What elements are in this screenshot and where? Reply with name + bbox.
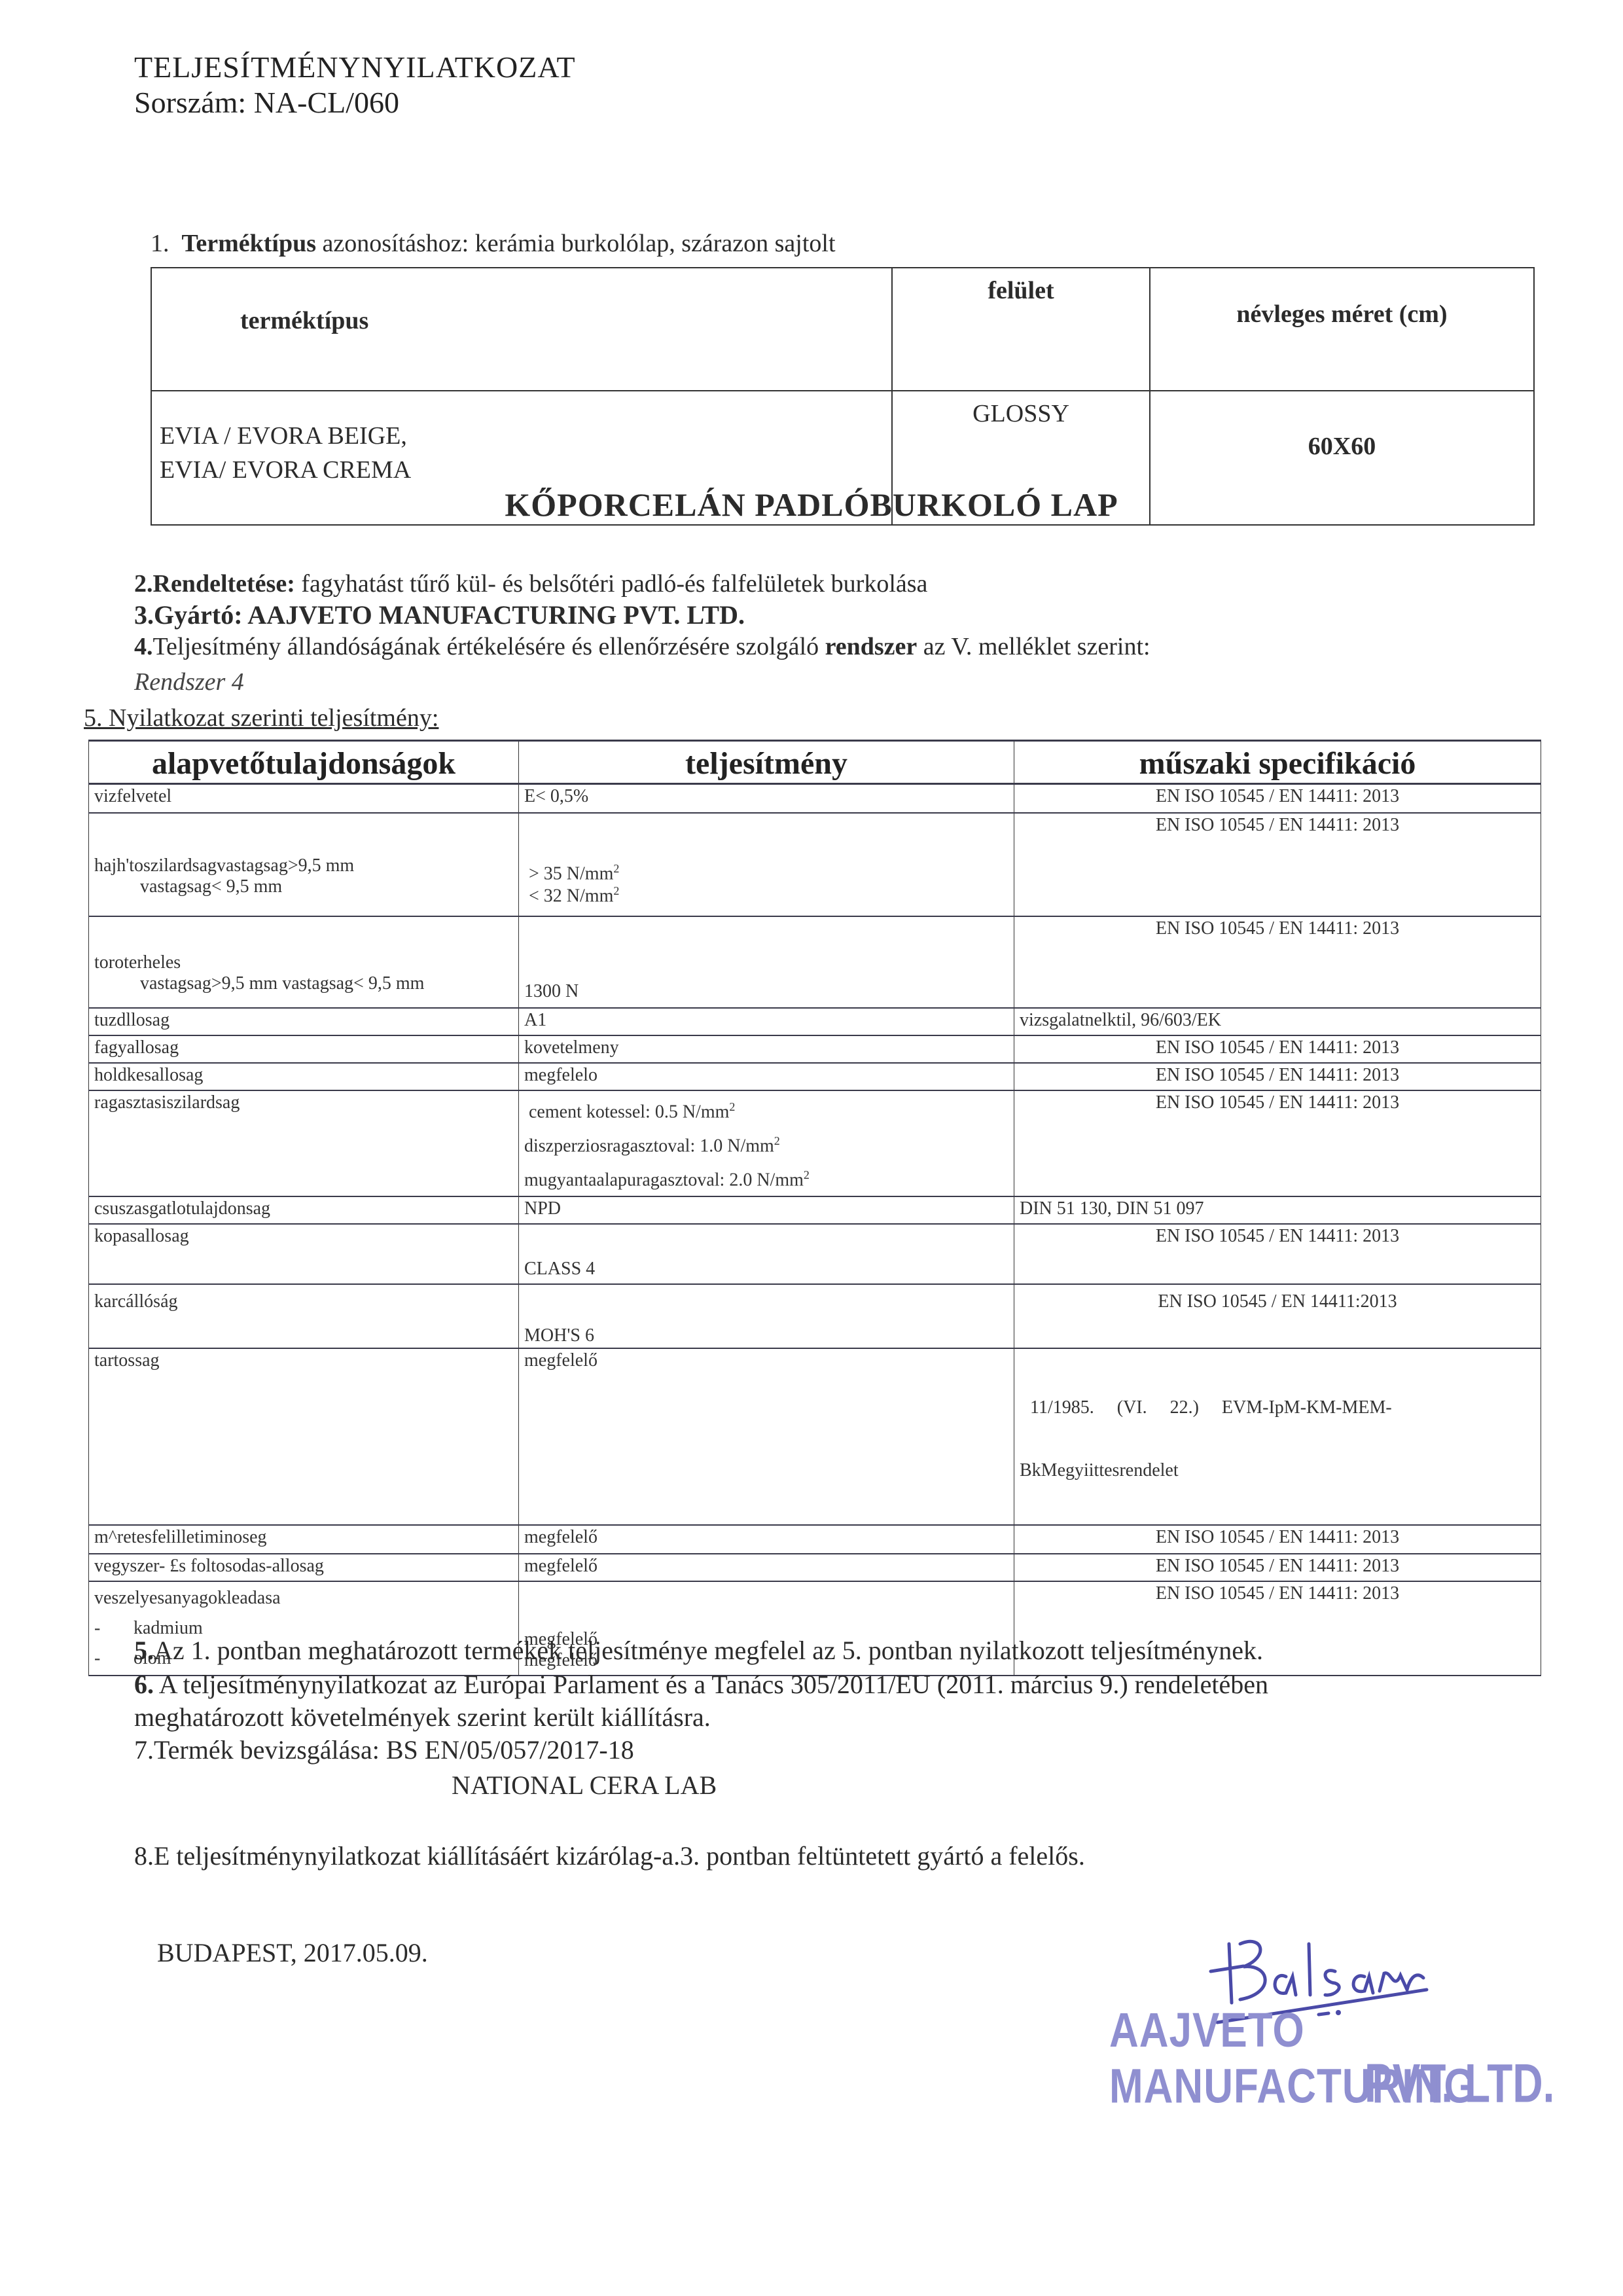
statement-7: 7.Termék bevizsgálása: BS EN/05/057/2017… [134,1734,634,1765]
performance-cell: megfelelő [519,1554,1014,1581]
performance-line: 1300 N [524,981,1008,1002]
document-title: TELJESÍTMÉNYNYILATKOZAT [134,50,576,84]
property-cell: hajh'toszilardsagvastagsag>9,5 mm vastag… [89,813,519,916]
performance-cell: megfelelo [519,1063,1014,1090]
superscript: 2 [613,862,619,875]
section-4-number: 4. [134,633,153,660]
performance-line: < 32 N/mm [529,886,613,906]
section-1-number: 1. [151,230,169,257]
section-2-label: 2.Rendeltetése: [134,570,295,598]
performance-cell: cement kotessel: 0.5 N/mm2 diszperziosra… [519,1090,1014,1197]
property-cell: tuzdllosag [89,1008,519,1035]
product-name-1: EVIA / EVORA BEIGE, [160,419,891,453]
bullet: - [94,1613,134,1643]
performance-cell: MOH'S 6 [519,1284,1014,1348]
place-and-date: BUDAPEST, 2017.05.09. [157,1937,428,1968]
spec-cell: EN ISO 10545 / EN 14411: 2013 [1014,1554,1541,1581]
spec-cell: EN ISO 10545 / EN 14411: 2013 [1014,1090,1541,1197]
table-row: tartossag megfelelő 11/1985. (VI. 22.) E… [89,1348,1541,1525]
performance-cell: CLASS 4 [519,1224,1014,1284]
spec-cell: EN ISO 10545 / EN 14411: 2013 [1014,1525,1541,1554]
spec-cell: EN ISO 10545 / EN 14411: 2013 [1014,1063,1541,1090]
section-4-text-b: az V. melléklet szerint: [917,633,1150,660]
property-cell: ragasztasiszilardsag [89,1090,519,1197]
bullet: - [94,1643,134,1674]
property-line: vastagsag>9,5 mm vastagsag< 9,5 mm [94,973,424,994]
section-2-text: fagyhatást tűrő kül- és belsőtéri padló-… [295,570,928,598]
header-technical-specification: műszaki specifikáció [1014,741,1541,784]
spec-cell: vizsgalatnelktil, 96/603/EK [1014,1008,1541,1035]
section-4-system-value: Rendszer 4 [134,668,244,696]
table-row: csuszasgatlotulajdonsag NPD DIN 51 130, … [89,1196,1541,1224]
header-nominal-size: névleges méret (cm) [1150,268,1534,391]
section-1-text: azonosításhoz: kerámia burkolólap, szára… [316,230,836,257]
table-row: kopasallosag CLASS 4 EN ISO 10545 / EN 1… [89,1224,1541,1284]
statement-5: 5.Az 1. pontban meghatározott termékek t… [134,1635,1263,1666]
statement-6-text: A teljesítménynyilatkozat az Európai Par… [154,1670,1268,1699]
property-line: veszelyesanyagokleadasa [94,1583,513,1613]
statement-5-text: Az 1. pontban meghatározott termékek tel… [154,1636,1263,1665]
section-1-product-type: 1. Terméktípus azonosításhoz: kerámia bu… [151,229,836,258]
performance-line: diszperziosragasztoval: 1.0 N/mm [524,1136,774,1156]
property-cell: toroterheles vastagsag>9,5 mm vastagsag<… [89,916,519,1008]
property-cell: csuszasgatlotulajdonsag [89,1196,519,1224]
property-cell: kopasallosag [89,1224,519,1284]
header-essential-characteristics: alapvetőtulajdonságok [89,741,519,784]
header-product-type: terméktípus [151,268,892,391]
section-1-label: Terméktípus [182,230,317,257]
spec-cell: EN ISO 10545 / EN 14411: 2013 [1014,813,1541,916]
property-line: vastagsag< 9,5 mm [94,876,282,897]
section-4-system: 4.Teljesítmény állandóságának értékelésé… [134,632,1150,661]
property-cell: m^retesfelilletiminoseg [89,1525,519,1554]
performance-cell: 1300 N [519,916,1014,1008]
product-table-header: terméktípus felület névleges méret (cm) [151,268,1534,391]
property-cell: fagyallosag [89,1035,519,1063]
table-row: m^retesfelilletiminoseg megfelelő EN ISO… [89,1525,1541,1554]
spec-cell: 11/1985. (VI. 22.) EVM-IpM-KM-MEM- BkMeg… [1014,1348,1541,1525]
spec-cell: EN ISO 10545 / EN 14411: 2013 [1014,916,1541,1008]
table-row: vizfelvetel E< 0,5% EN ISO 10545 / EN 14… [89,784,1541,813]
superscript: 2 [729,1100,735,1113]
superscript: 2 [804,1168,810,1181]
performance-cell: megfelelő [519,1348,1014,1525]
performance-cell: > 35 N/mm2 < 32 N/mm2 [519,813,1014,916]
statement-6-number: 6. [134,1670,154,1699]
spec-cell: EN ISO 10545 / EN 14411: 2013 [1014,784,1541,813]
table-row: ragasztasiszilardsag cement kotessel: 0.… [89,1090,1541,1197]
table-row: toroterheles vastagsag>9,5 mm vastagsag<… [89,916,1541,1008]
header-surface: felület [892,268,1150,391]
section-4-text-bold: rendszer [825,633,918,660]
table-row: karcállóság MOH'S 6 EN ISO 10545 / EN 14… [89,1284,1541,1348]
header-performance: teljesítmény [519,741,1014,784]
section-3-manufacturer: 3.Gyártó: AAJVETO MANUFACTURING PVT. LTD… [134,600,745,630]
statement-5-number: 5. [134,1636,154,1665]
section-2-intended-use: 2.Rendeltetése: fagyhatást tűrő kül- és … [134,569,927,598]
property-cell: holdkesallosag [89,1063,519,1090]
table-row: vegyszer- £s foltosodas-allosag megfelel… [89,1554,1541,1581]
property-line: toroterheles [94,952,513,973]
spec-line: 11/1985. (VI. 22.) EVM-IpM-KM-MEM- [1020,1397,1535,1418]
performance-cell: E< 0,5% [519,784,1014,813]
performance-table-header: alapvetőtulajdonságok teljesítmény műsza… [89,741,1541,784]
company-stamp-line-2: PVT. LTD. [1364,2052,1554,2115]
product-name-2: EVIA/ EVORA CREMA [160,453,891,487]
superscript: 2 [613,884,619,897]
table-row: holdkesallosag megfelelo EN ISO 10545 / … [89,1063,1541,1090]
performance-line: mugyantaalapuragasztoval: 2.0 N/mm [524,1170,804,1190]
performance-cell: megfelelő [519,1525,1014,1554]
property-cell: karcállóság [89,1284,519,1348]
table-row: hajh'toszilardsagvastagsag>9,5 mm vastag… [89,813,1541,916]
statement-8: 8.E teljesítménynyilatkozat kiállításáér… [134,1840,1085,1871]
property-cell: vizfelvetel [89,784,519,813]
performance-line: cement kotessel: 0.5 N/mm [529,1102,729,1122]
document-serial-number: Sorszám: NA-CL/060 [134,85,399,120]
table-row: fagyallosag kovetelmeny EN ISO 10545 / E… [89,1035,1541,1063]
performance-line: CLASS 4 [524,1259,1008,1280]
section-5-heading: 5. Nyilatkozat szerinti teljesítmény: [84,704,438,732]
spec-cell: EN ISO 10545 / EN 14411: 2013 [1014,1035,1541,1063]
statement-6-continued: meghatározott követelmények szerint kerü… [134,1702,711,1732]
performance-line: > 35 N/mm [529,863,613,884]
performance-line: MOH'S 6 [524,1325,1008,1346]
performance-cell: NPD [519,1196,1014,1224]
statement-6: 6. A teljesítménynyilatkozat az Európai … [134,1669,1268,1700]
superscript: 2 [774,1134,780,1147]
spec-cell: DIN 51 130, DIN 51 097 [1014,1196,1541,1224]
property-cell: tartossag [89,1348,519,1525]
performance-cell: A1 [519,1008,1014,1035]
spec-line: EN ISO 10545 / EN 14411:2013 [1020,1291,1535,1312]
performance-table: alapvetőtulajdonságok teljesítmény műsza… [88,740,1541,1676]
performance-cell: kovetelmeny [519,1035,1014,1063]
spec-cell: EN ISO 10545 / EN 14411:2013 [1014,1284,1541,1348]
statement-7-lab: NATIONAL CERA LAB [452,1770,717,1801]
spec-line: BkMegyiittesrendelet [1020,1460,1535,1481]
section-4-text-a: Teljesítmény állandóságának értékelésére… [153,633,825,660]
spec-cell: EN ISO 10545 / EN 14411: 2013 [1014,1224,1541,1284]
property-line: hajh'toszilardsagvastagsag>9,5 mm [94,855,513,876]
product-category-title: KŐPORCELÁN PADLÓBURKOLÓ LAP [0,486,1623,524]
table-row: tuzdllosag A1 vizsgalatnelktil, 96/603/E… [89,1008,1541,1035]
property-cell: vegyszer- £s foltosodas-allosag [89,1554,519,1581]
property-line: karcállóság [94,1291,513,1312]
